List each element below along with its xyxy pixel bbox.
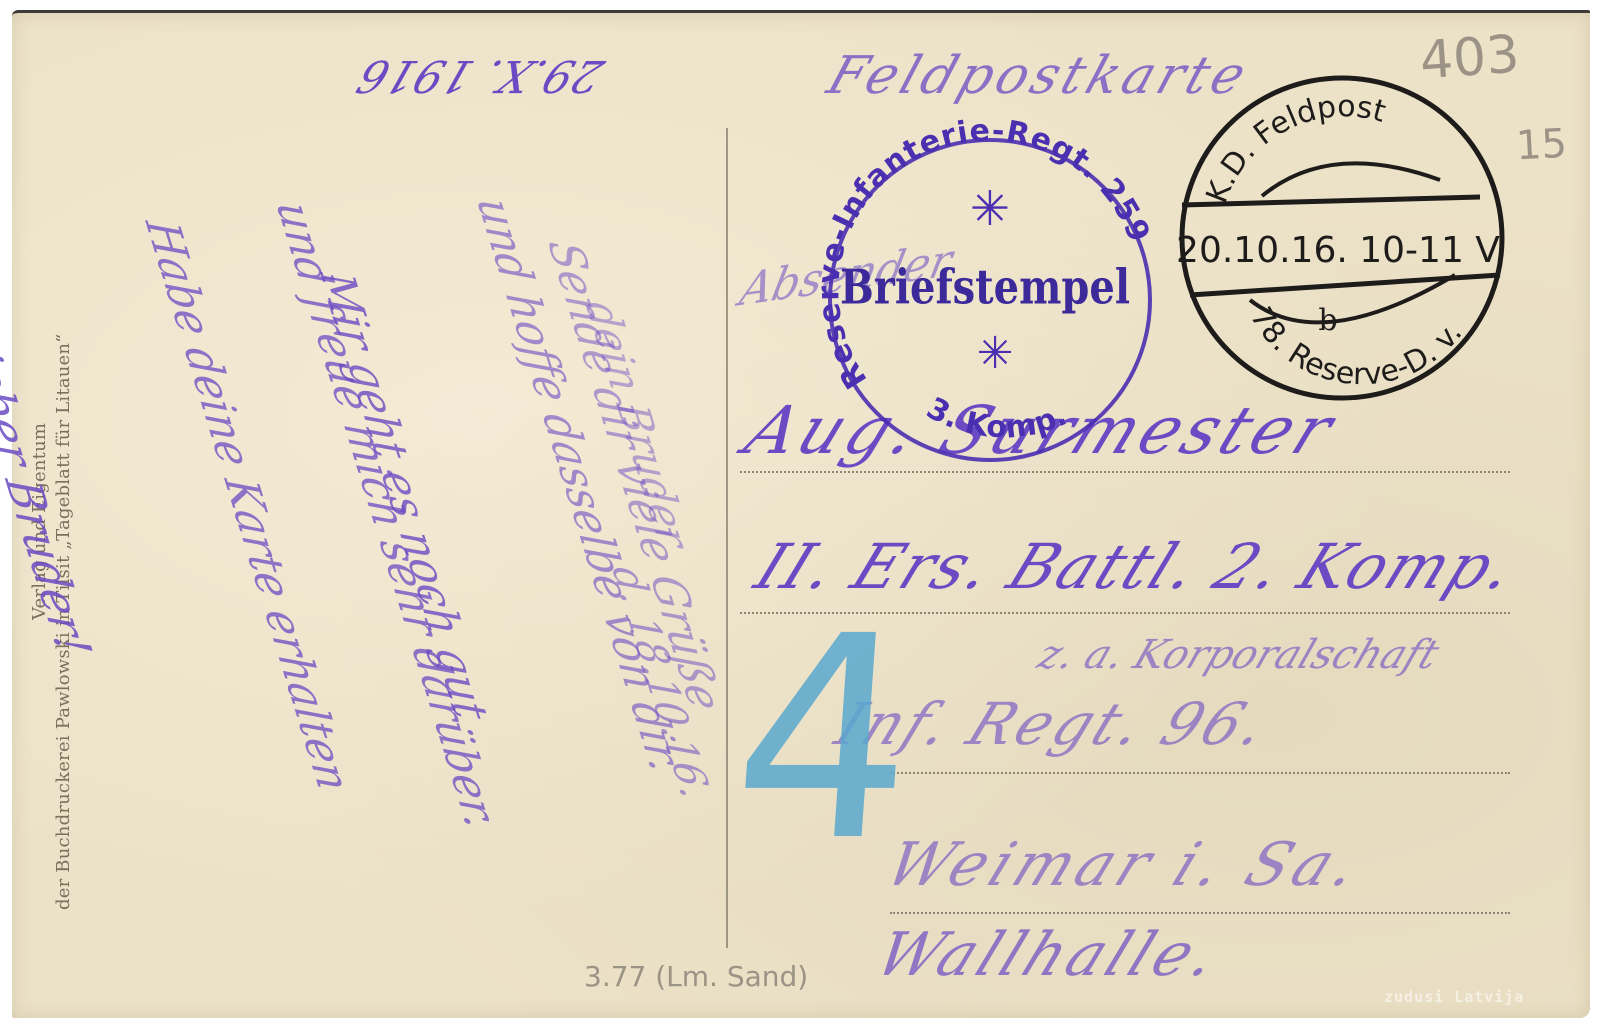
message-area: 29.X. 1916 Lieber Bruder! Habe deine Kar… <box>60 40 720 960</box>
address-line-3 <box>890 772 1510 774</box>
address-recipient-name: Aug. Surmester <box>734 392 1347 469</box>
watermark: zudusi Latvija <box>1384 988 1524 1006</box>
address-street: Wallhalle. <box>866 920 1232 990</box>
card-divider-line <box>726 128 728 948</box>
pencil-number-15: 15 <box>1515 121 1568 170</box>
pencil-bottom-note: 3.77 (Lm. Sand) <box>584 960 808 993</box>
feldpostkarte-heading: Feldpostkarte <box>820 46 1257 106</box>
pencil-number-403: 403 <box>1418 25 1521 92</box>
address-line-1 <box>740 471 1510 473</box>
address-korporalschaft: z. a. Korporalschaft <box>1032 632 1445 678</box>
address-line-4 <box>890 912 1510 914</box>
address-city: Weimar i. Sa. <box>876 830 1374 900</box>
message-date-header: 29.X. 1916 <box>351 50 611 101</box>
blue-crayon-number: 4 <box>725 600 923 880</box>
